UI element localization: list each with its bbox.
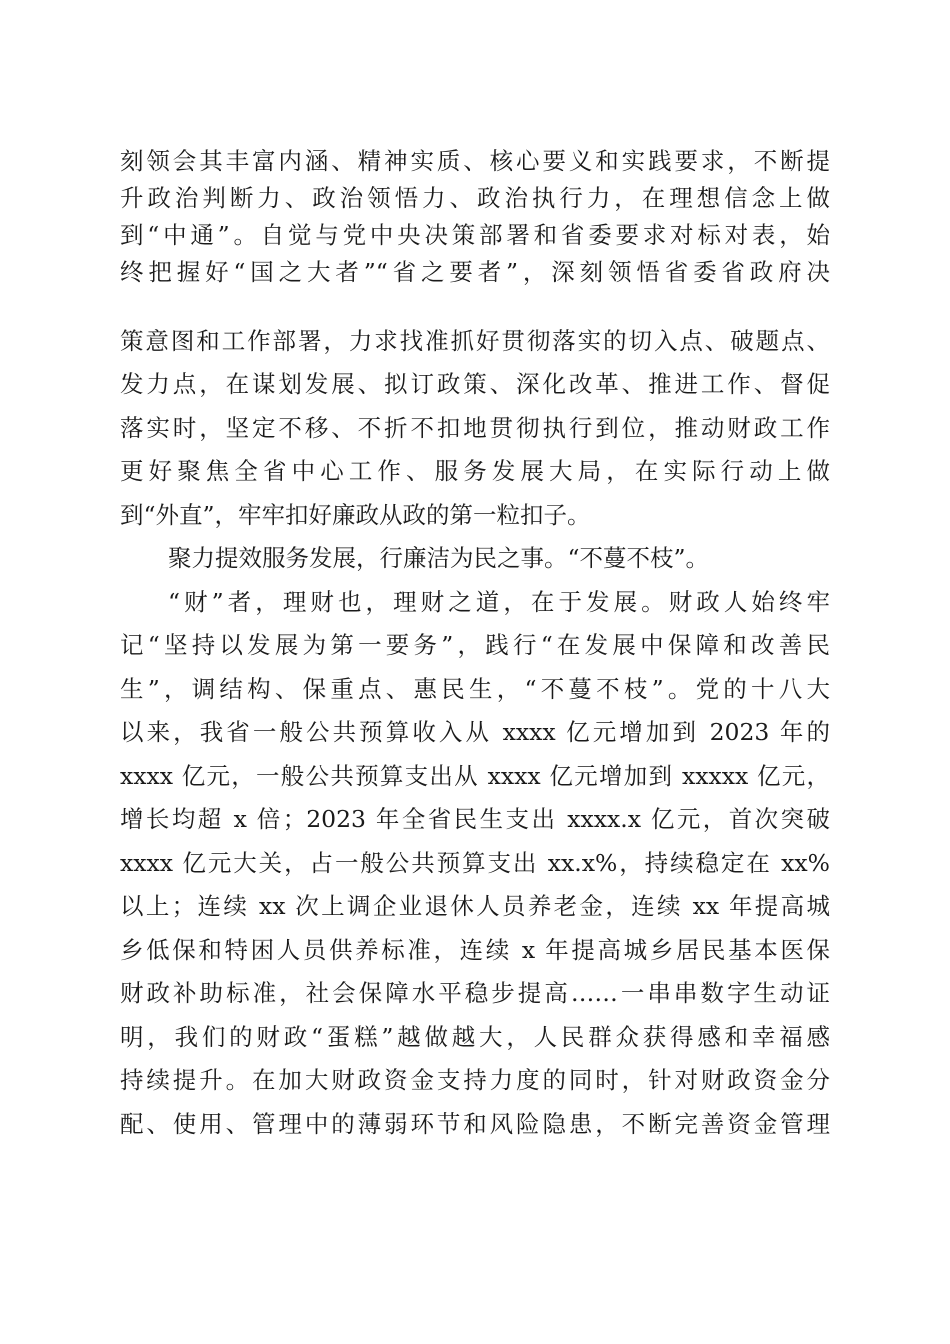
text-line: 到“中通”。自觉与党中央决策部署和省委要求对标对表，始	[120, 217, 830, 254]
document-page: 刻领会其丰富内涵、精神实质、核心要义和实践要求，不断提 升政治判断力、政治领悟力…	[0, 0, 950, 1344]
text-line: 升政治判断力、政治领悟力、政治执行力，在理想信念上做	[120, 180, 830, 217]
text-line: 以来，我省一般公共预算收入从 xxxx 亿元增加到 2023 年的	[120, 714, 830, 751]
text-line: 发力点，在谋划发展、拟订政策、深化改革、推进工作、督促	[120, 366, 830, 403]
text-line: 以上；连续 xx 次上调企业退休人员养老金，连续 xx 年提高城	[120, 888, 830, 925]
text-line: 乡低保和特困人员供养标准，连续 x 年提高城乡居民基本医保	[120, 932, 830, 969]
text-line: “财”者，理财也，理财之道，在于发展。财政人始终牢	[168, 584, 830, 621]
text-line: 更好聚焦全省中心工作、服务发展大局，在实际行动上做	[120, 453, 830, 490]
text-line: 终把握好“国之大者”“省之要者”，深刻领悟省委省政府决	[120, 254, 830, 291]
section-heading: 聚力提效服务发展，行廉洁为民之事。“不蔓不枝”。	[168, 540, 830, 577]
text-line: 财政补助标准，社会保障水平稳步提高……一串串数字生动证	[120, 975, 830, 1012]
text-line: 增长均超 x 倍；2023 年全省民生支出 xxxx.x 亿元，首次突破	[120, 801, 830, 838]
text-line: 策意图和工作部署，力求找准抓好贯彻落实的切入点、破题点、	[120, 323, 830, 360]
text-line: 落实时，坚定不移、不折不扣地贯彻执行到位，推动财政工作	[120, 410, 830, 447]
text-line: 生”，调结构、保重点、惠民生，“不蔓不枝”。党的十八大	[120, 671, 830, 708]
text-line: 配、使用、管理中的薄弱环节和风险隐患，不断完善资金管理	[120, 1106, 830, 1143]
text-line: 到“外直”，牢牢扣好廉政从政的第一粒扣子。	[120, 497, 830, 534]
text-line: xxxx 亿元大关，占一般公共预算支出 xx.x%，持续稳定在 xx%	[120, 845, 830, 882]
text-line: 明，我们的财政“蛋糕”越做越大，人民群众获得感和幸福感	[120, 1019, 830, 1056]
text-line: xxxx 亿元，一般公共预算支出从 xxxx 亿元增加到 xxxxx 亿元，	[120, 758, 830, 795]
text-line: 记“坚持以发展为第一要务”，践行“在发展中保障和改善民	[120, 627, 830, 664]
text-line: 持续提升。在加大财政资金支持力度的同时，针对财政资金分	[120, 1062, 830, 1099]
text-line: 刻领会其丰富内涵、精神实质、核心要义和实践要求，不断提	[120, 143, 830, 180]
